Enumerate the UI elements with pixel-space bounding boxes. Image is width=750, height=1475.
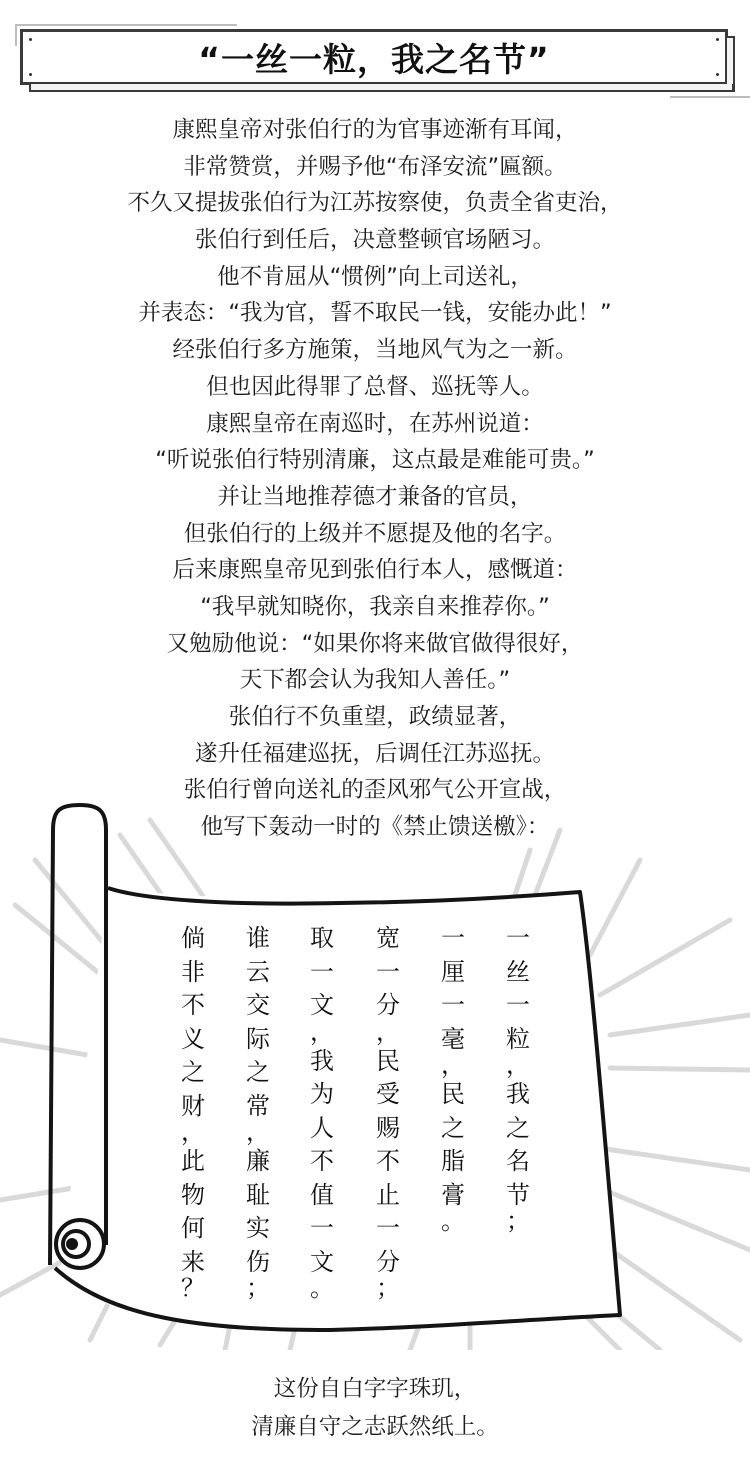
poem-column: 宽一分，民受赐不止一分； — [372, 922, 404, 1301]
story-line: 张伯行不负重望，政绩显著， — [0, 699, 750, 736]
poem-column: 取一文，我为人不值一文。 — [306, 922, 338, 1301]
story-line: 张伯行到任后，决意整顿官场陋习。 — [0, 222, 750, 259]
story-line: 康熙皇帝在南巡时，在苏州说道： — [0, 406, 750, 443]
story-line: 他不肯屈从“惯例”向上司送礼， — [0, 259, 750, 296]
story-line: “我早就知晓你，我亲自来推荐你。” — [0, 589, 750, 626]
title-banner: “一丝一粒，我之名节” — [20, 29, 728, 85]
frame-shadow-line — [670, 96, 750, 98]
poem-column: 谁云交际之常，廉耻实伤； — [242, 922, 274, 1301]
frame-shadow-line — [15, 24, 237, 26]
closing-line: 这份自白字字珠玑， — [0, 1370, 750, 1408]
story-line: 又勉励他说：“如果你将来做官做得很好， — [0, 626, 750, 663]
poem-column: 一厘一毫，民之脂膏。 — [437, 922, 469, 1234]
page-title: “一丝一粒，我之名节” — [23, 32, 725, 82]
story-line: 并让当地推荐德才兼备的官员， — [0, 479, 750, 516]
story-line: 天下都会认为我知人善任。” — [0, 662, 750, 699]
poem-column: 倘非不义之财，此物何来？ — [177, 922, 209, 1301]
story-line: 但也因此得罪了总督、巡抚等人。 — [0, 369, 750, 406]
story-line: 康熙皇帝对张伯行的为官事迹渐有耳闻， — [0, 112, 750, 149]
story-line: 经张伯行多方施策，当地风气为之一新。 — [0, 332, 750, 369]
story-line: 并表态：“我为官，誓不取民一钱，安能办此！” — [0, 295, 750, 332]
story-line: “听说张伯行特别清廉，这点最是难能可贵。” — [0, 442, 750, 479]
story-line: 非常赞赏，并赐予他“布泽安流”匾额。 — [0, 149, 750, 186]
closing-line: 清廉自守之志跃然纸上。 — [0, 1408, 750, 1446]
story-paragraph: 康熙皇帝对张伯行的为官事迹渐有耳闻，非常赞赏，并赐予他“布泽安流”匾额。不久又提… — [0, 112, 750, 846]
story-line: 不久又提拔张伯行为江苏按察使，负责全省吏治， — [0, 185, 750, 222]
title-box: “一丝一粒，我之名节” — [20, 29, 728, 85]
story-line: 遂升任福建巡抚，后调任江苏巡抚。 — [0, 736, 750, 773]
frame-shadow-line — [15, 24, 17, 46]
story-line: 但张伯行的上级并不愿提及他的名字。 — [0, 516, 750, 553]
closing-paragraph: 这份自白字字珠玑，清廉自守之志跃然纸上。 — [0, 1370, 750, 1446]
poem-column: 一丝一粒，我之名节； — [502, 922, 534, 1234]
edict-poem: 一丝一粒，我之名节；一厘一毫，民之脂膏。宽一分，民受赐不止一分；取一文，我为人不… — [0, 922, 750, 1322]
story-line: 后来康熙皇帝见到张伯行本人，感慨道： — [0, 552, 750, 589]
